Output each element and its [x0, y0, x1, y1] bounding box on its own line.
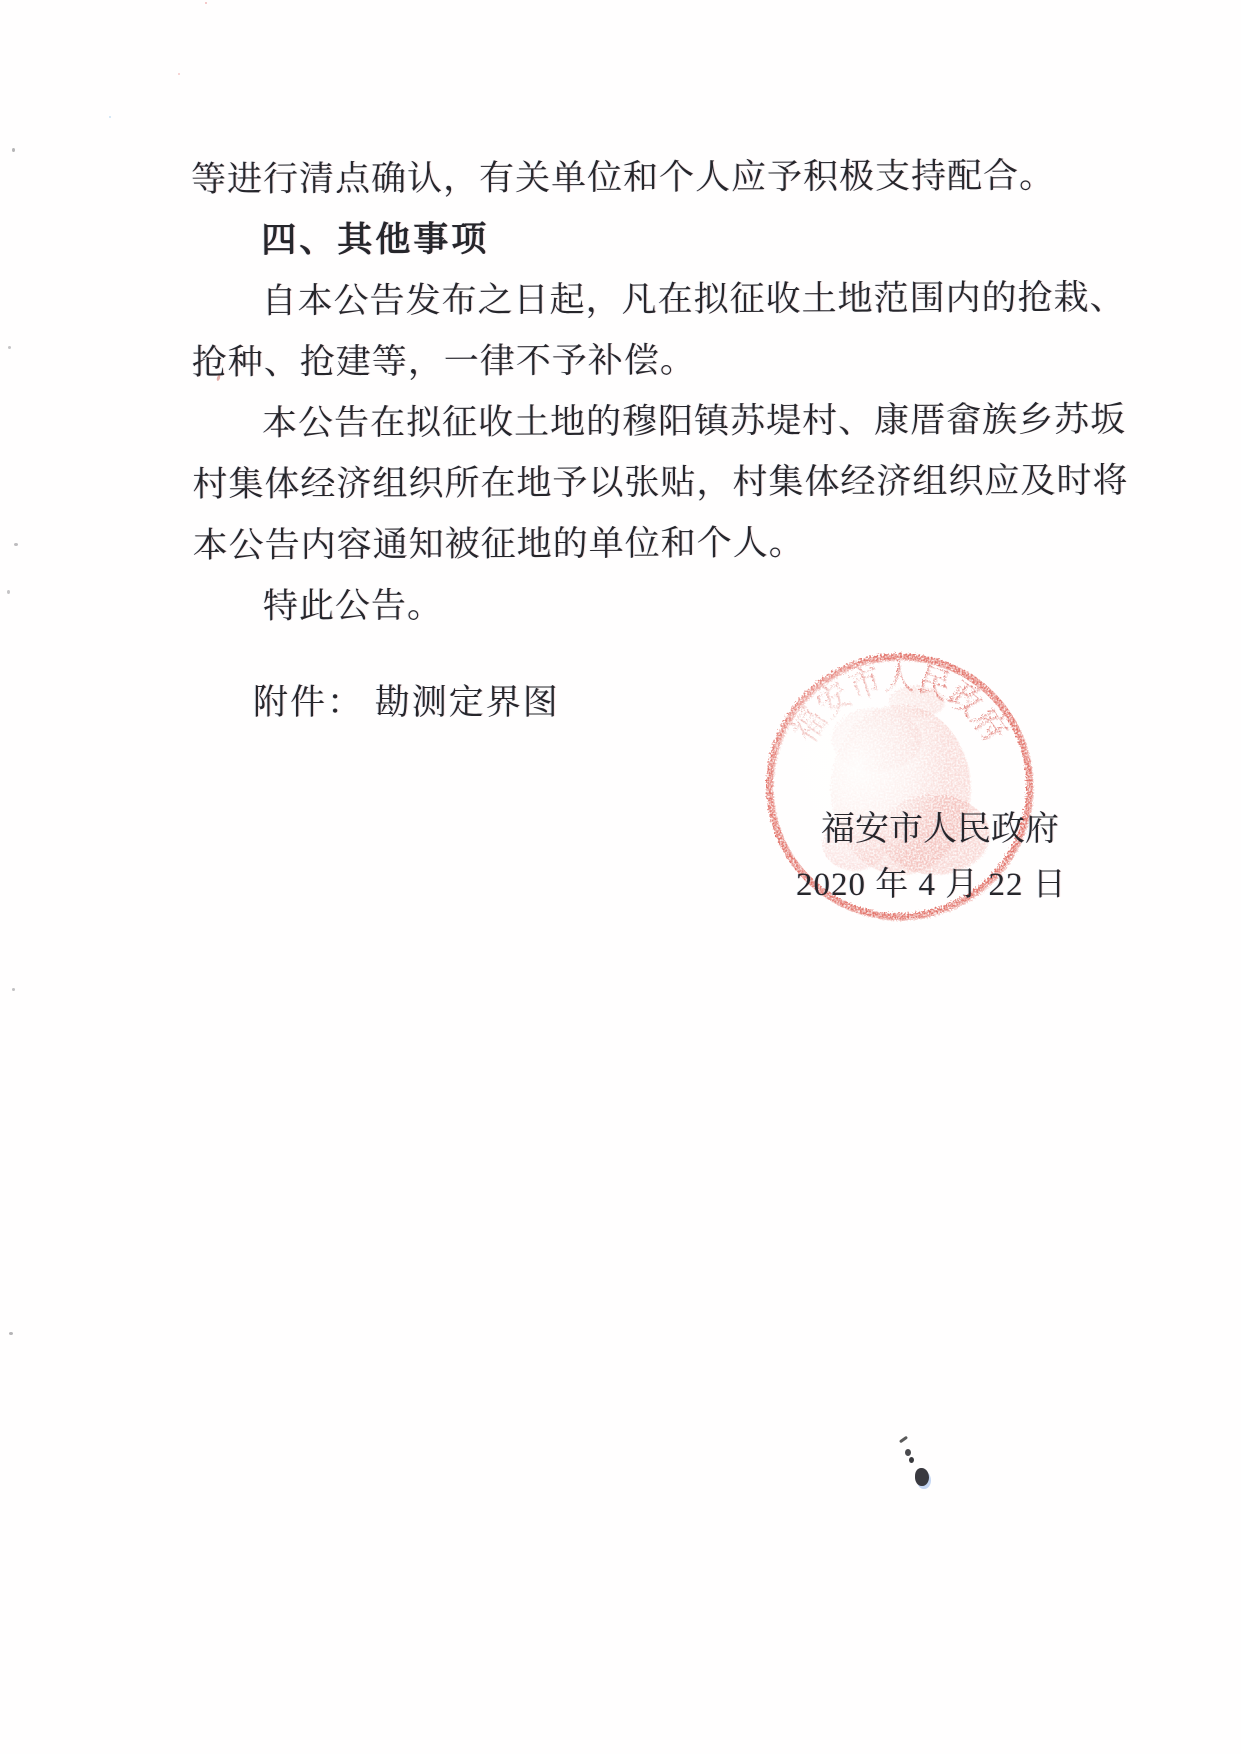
announcement-body: 等进行清点确认，有关单位和个人应予积极支持配合。 四、其他事项 自本公告发布之日… — [191, 145, 1113, 637]
scanned-announcement-page: 福安市人民政府 等进行清点确认，有关单位和个人应予积极支持配合。 四、其他事项 … — [0, 0, 1241, 1754]
body-line: 本公告内容通知被征地的单位和个人。 — [193, 511, 1113, 576]
body-line: 等进行清点确认，有关单位和个人应予积极支持配合。 — [191, 145, 1111, 210]
scan-speck — [9, 1332, 13, 1335]
body-line: 特此公告。 — [193, 572, 1113, 637]
scan-speck — [8, 346, 11, 349]
body-line: 本公告在拟征收土地的穆阳镇苏堤村、康厝畲族乡苏坂 — [192, 389, 1112, 454]
scan-speck — [7, 590, 10, 594]
issue-date: 2020 年 4 月 22 日 — [796, 862, 1067, 908]
ink-smudge — [905, 1449, 911, 1456]
scan-speck — [12, 988, 15, 991]
attachment-line: 附件： 勘测定界图 — [253, 672, 560, 733]
scan-speck — [12, 148, 15, 152]
body-line: 抢种、抢建等，一律不予补偿。 — [192, 328, 1112, 393]
scan-speck — [14, 543, 18, 546]
scan-speck — [205, 2, 207, 4]
body-line: 自本公告发布之日起，凡在拟征收土地范围内的抢栽、 — [191, 267, 1111, 332]
ink-smudge — [915, 1468, 929, 1486]
ink-smudge — [909, 1457, 914, 1463]
body-line: 村集体经济组织所在地予以张贴，村集体经济组织应及时将 — [192, 450, 1112, 515]
scan-speck — [109, 116, 111, 118]
section-heading: 四、其他事项 — [191, 206, 1111, 271]
scan-speck — [178, 73, 180, 75]
ink-smudge — [899, 1436, 908, 1444]
seal-center-blob — [832, 708, 922, 772]
issuing-authority: 福安市人民政府 — [821, 806, 1059, 854]
